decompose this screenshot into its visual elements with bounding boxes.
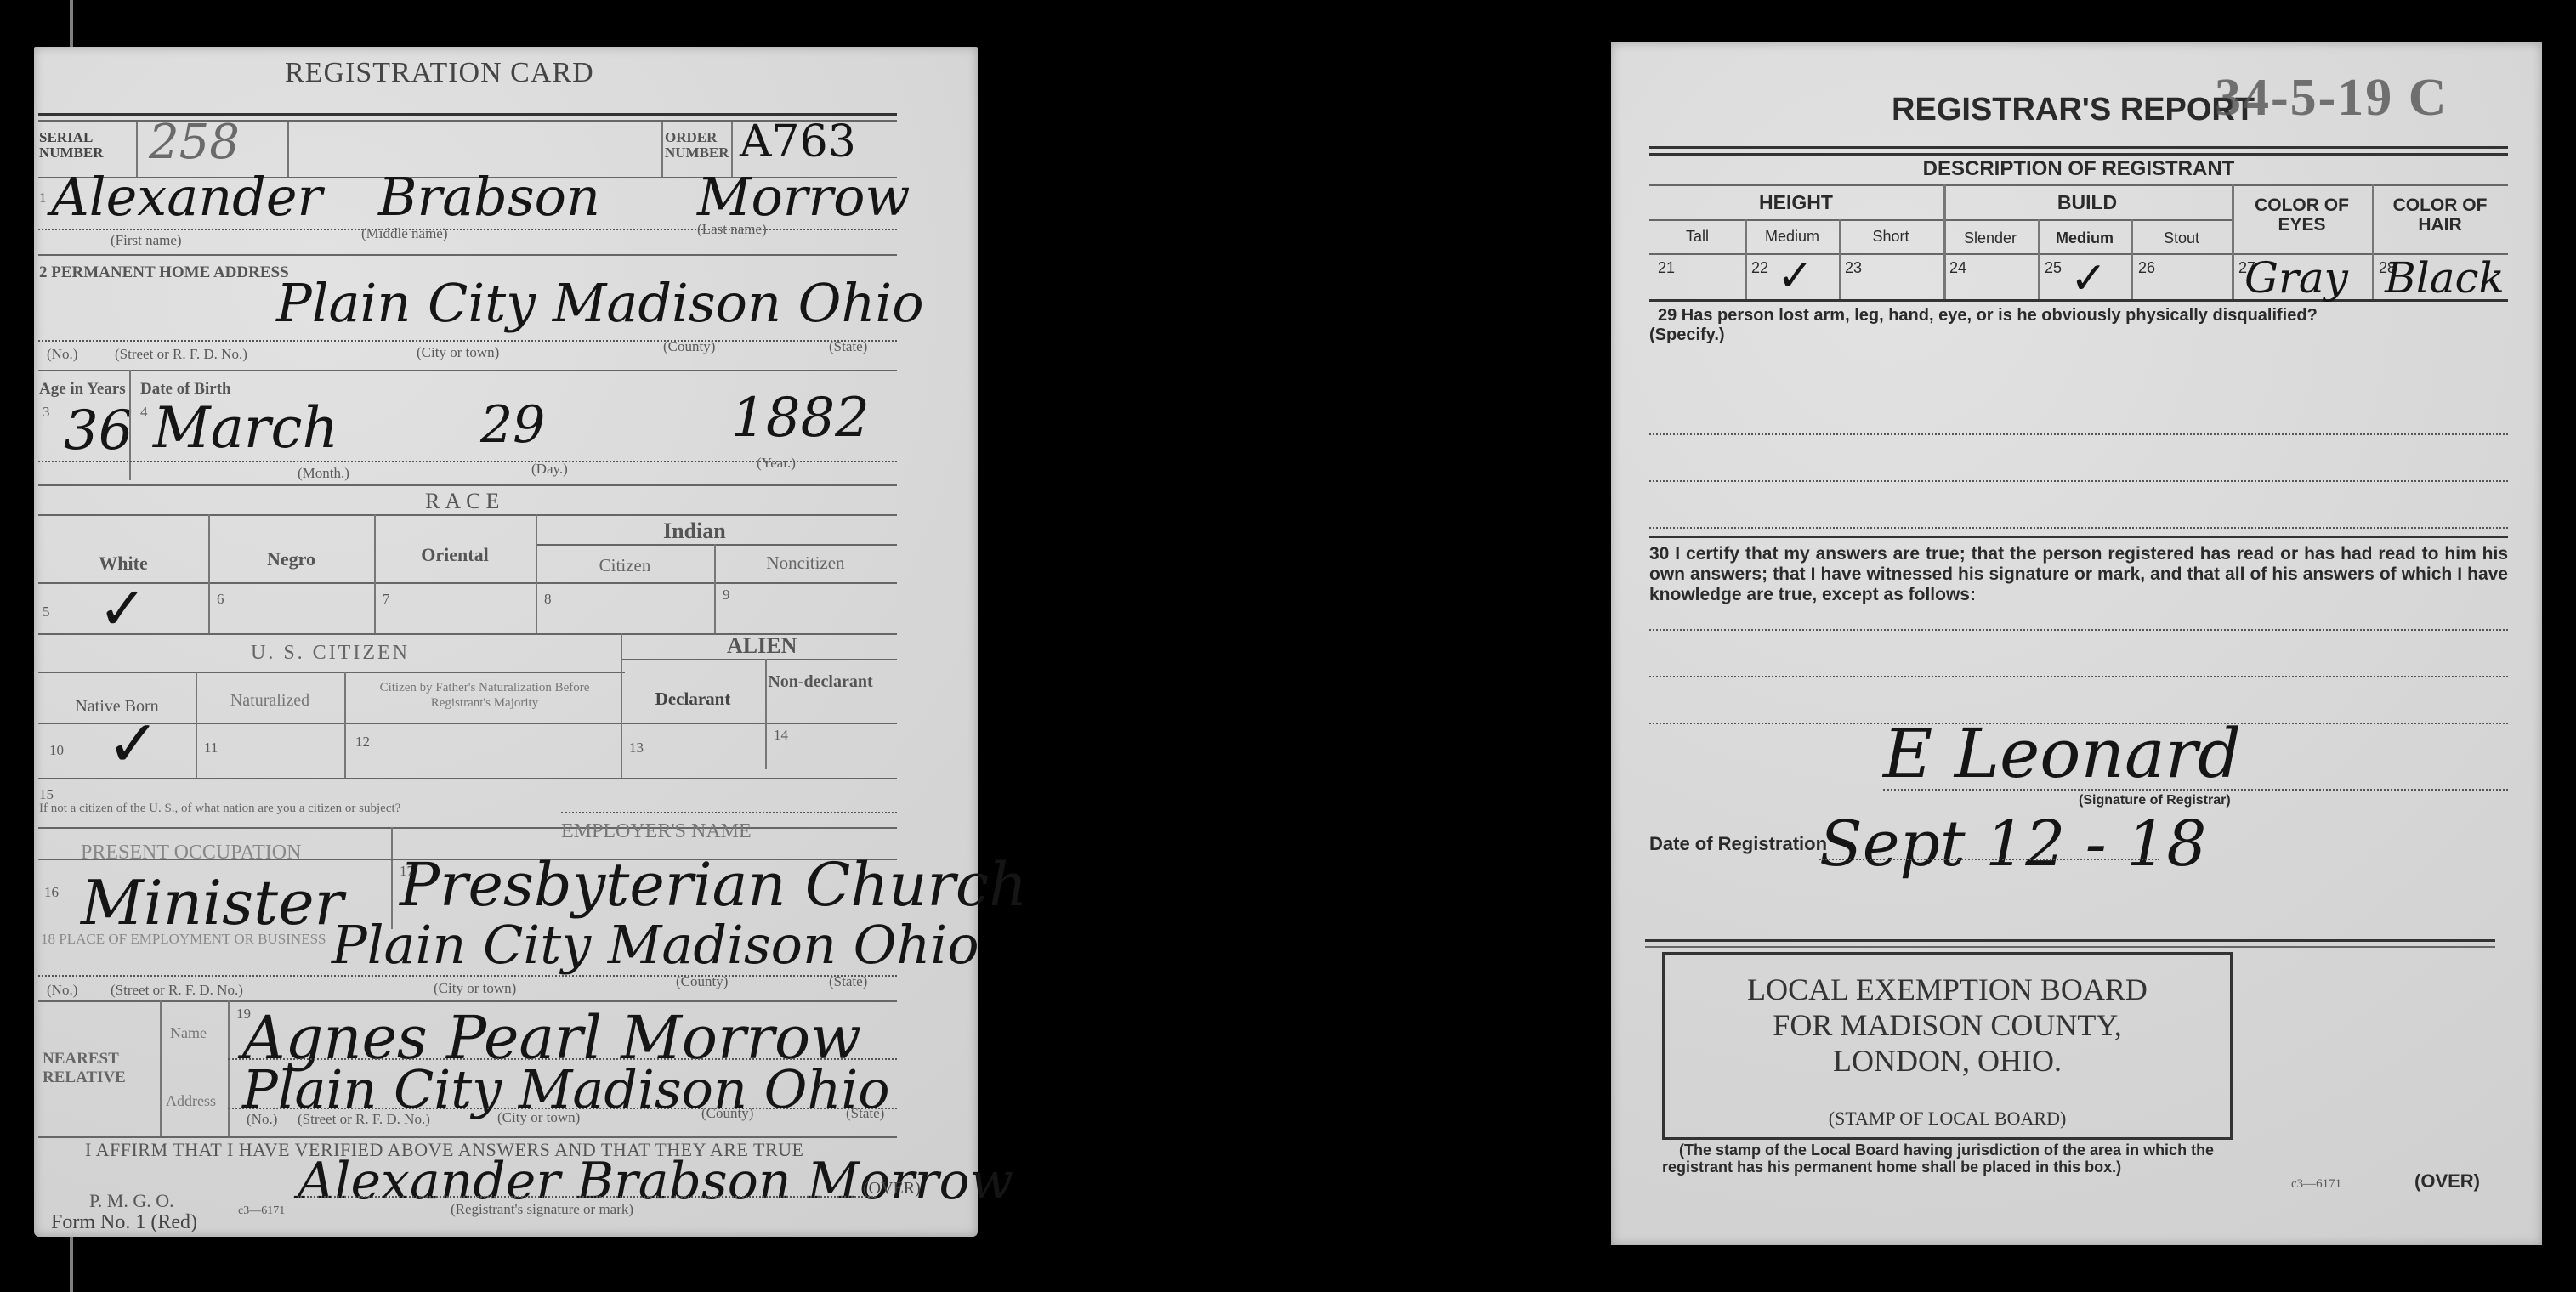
registrar-signature: E Leonard bbox=[1883, 714, 2241, 793]
date-of-registration-label: Date of Registration bbox=[1649, 833, 1827, 855]
address-city-label: (City or town) bbox=[417, 344, 499, 361]
address-no-label: (No.) bbox=[47, 346, 77, 363]
field-number: 9 bbox=[723, 586, 730, 603]
build-medium-label: Medium bbox=[2038, 229, 2131, 247]
description-title: DESCRIPTION OF REGISTRANT bbox=[1649, 157, 2508, 181]
relative-state-label: (State) bbox=[846, 1105, 884, 1122]
height-tall-label: Tall bbox=[1649, 228, 1745, 246]
eyes-color-value: Gray bbox=[2244, 253, 2348, 303]
field-number: 13 bbox=[629, 739, 644, 756]
q15-label: If not a citizen of the U. S., of what n… bbox=[39, 802, 400, 816]
indian-label: Indian bbox=[663, 518, 726, 544]
stamp-note: (The stamp of the Local Board having jur… bbox=[1662, 1142, 2257, 1176]
declarant-label: Declarant bbox=[621, 688, 765, 710]
build-stout-label: Stout bbox=[2131, 229, 2232, 247]
race-indian-citizen-label: Citizen bbox=[536, 555, 714, 576]
height-medium-label: Medium bbox=[1745, 228, 1839, 246]
registrar-signature-label: (Signature of Registrar) bbox=[2079, 793, 2231, 808]
relative-city-label: (City or town) bbox=[497, 1109, 580, 1126]
race-title: RACE bbox=[425, 489, 504, 514]
age-value: 36 bbox=[64, 399, 133, 462]
field-number: 26 bbox=[2138, 259, 2155, 277]
address-state-label: (State) bbox=[829, 338, 867, 355]
height-title: HEIGHT bbox=[1649, 191, 1943, 214]
registration-card-back: REGISTRAR'S REPORT 34-5-19 C DESCRIPTION… bbox=[1611, 42, 2542, 1245]
naturalized-label: Naturalized bbox=[196, 691, 344, 711]
race-negro-label: Negro bbox=[208, 548, 374, 570]
local-board-stamp-box: LOCAL EXEMPTION BOARD FOR MADISON COUNTY… bbox=[1662, 952, 2233, 1140]
registration-card-front: REGISTRATION CARD SERIAL NUMBER 258 ORDE… bbox=[34, 47, 978, 1237]
stamp-line-2: FOR MADISON COUNTY, bbox=[1665, 1007, 2230, 1043]
field-number: 22 bbox=[1751, 259, 1768, 277]
print-code: c3—6171 bbox=[2291, 1177, 2341, 1192]
order-number-value: A763 bbox=[740, 116, 856, 167]
employment-no-label: (No.) bbox=[47, 982, 77, 999]
middle-name-label: (Middle name) bbox=[361, 225, 448, 242]
height-medium-checkmark: ✓ bbox=[1777, 251, 1814, 302]
registrars-report-title: REGISTRAR'S REPORT bbox=[1892, 92, 2255, 128]
birth-day-value: 29 bbox=[480, 395, 545, 455]
field-number: 1 bbox=[39, 190, 47, 207]
employment-street-label: (Street or R. F. D. No.) bbox=[111, 982, 243, 999]
eyes-color-title: COLOR OF EYES bbox=[2232, 195, 2372, 235]
alien-title: ALIEN bbox=[727, 633, 797, 659]
field-number: 23 bbox=[1845, 259, 1862, 277]
race-white-checkmark: ✓ bbox=[98, 574, 148, 643]
field-number: 3 bbox=[43, 404, 50, 421]
relative-county-label: (County) bbox=[701, 1105, 753, 1122]
build-medium-checkmark: ✓ bbox=[2070, 253, 2108, 304]
birth-year-label: (Year.) bbox=[757, 455, 796, 472]
field-number: 11 bbox=[204, 739, 218, 756]
card-title: REGISTRATION CARD bbox=[285, 57, 594, 89]
build-title: BUILD bbox=[1943, 191, 2232, 214]
serial-number-label: SERIAL NUMBER bbox=[39, 130, 99, 161]
field-number: 12 bbox=[355, 734, 370, 751]
birth-day-label: (Day.) bbox=[531, 461, 568, 478]
middle-name-value: Brabson bbox=[378, 166, 600, 228]
place-of-employment-label: 18 PLACE OF EMPLOYMENT OR BUSINESS bbox=[41, 931, 326, 948]
q29-text: 29 Has person lost arm, leg, hand, eye, … bbox=[1658, 306, 2516, 326]
field-number: 7 bbox=[383, 591, 390, 608]
citizen-by-father-label: Citizen by Father's Naturalization Befor… bbox=[357, 680, 612, 711]
race-white-label: White bbox=[38, 552, 208, 575]
first-name-value: Alexander bbox=[51, 166, 322, 228]
field-number: 8 bbox=[544, 591, 552, 608]
native-born-checkmark: ✓ bbox=[106, 705, 161, 781]
occupation-label: PRESENT OCCUPATION bbox=[81, 841, 301, 864]
field-number: 14 bbox=[774, 727, 788, 744]
field-number: 21 bbox=[1658, 259, 1675, 277]
form-id-pmgo: P. M. G. O. bbox=[89, 1190, 174, 1212]
first-name-label: (First name) bbox=[111, 232, 182, 249]
field-number: 6 bbox=[217, 591, 224, 608]
stamp-caption: (STAMP OF LOCAL BOARD) bbox=[1665, 1108, 2230, 1130]
age-label: Age in Years bbox=[39, 380, 126, 399]
over-label: (OVER) bbox=[863, 1179, 921, 1198]
field-number: 5 bbox=[43, 603, 50, 620]
non-declarant-label: Non-declarant bbox=[765, 671, 876, 692]
address-county-label: (County) bbox=[663, 338, 715, 355]
signature-label: (Registrant's signature or mark) bbox=[451, 1201, 633, 1218]
home-address-value: Plain City Madison Ohio bbox=[276, 272, 924, 334]
relative-address-label: Address bbox=[166, 1092, 216, 1110]
birth-month-value: March bbox=[153, 395, 338, 461]
print-code: c3—6171 bbox=[238, 1204, 285, 1218]
stamp-line-3: LONDON, OHIO. bbox=[1665, 1043, 2230, 1079]
field-number: 25 bbox=[2045, 259, 2062, 277]
field-number: 15 bbox=[39, 786, 54, 803]
home-address-label: 2 PERMANENT HOME ADDRESS bbox=[39, 263, 289, 282]
birth-month-label: (Month.) bbox=[298, 465, 349, 482]
nearest-relative-label: NEAREST RELATIVE bbox=[43, 1050, 145, 1087]
date-of-registration-value: Sept 12 - 18 bbox=[1819, 807, 2207, 881]
employment-city-label: (City or town) bbox=[434, 980, 516, 997]
stamp-line-1: LOCAL EXEMPTION BOARD bbox=[1665, 972, 2230, 1007]
serial-number-value: 258 bbox=[149, 115, 240, 170]
last-name-label: (Last name) bbox=[697, 221, 767, 238]
hair-color-value: Black bbox=[2385, 253, 2505, 303]
employer-value: Presbyterian Church bbox=[400, 850, 1027, 920]
field-number: 4 bbox=[140, 404, 148, 421]
build-slender-label: Slender bbox=[1943, 229, 2038, 247]
q30-text: 30 I certify that my answers are true; t… bbox=[1649, 544, 2508, 605]
field-number: 16 bbox=[44, 884, 59, 901]
race-oriental-label: Oriental bbox=[374, 544, 536, 566]
employment-state-label: (State) bbox=[829, 973, 867, 990]
relative-street-label: (Street or R. F. D. No.) bbox=[298, 1111, 430, 1128]
height-short-label: Short bbox=[1839, 228, 1943, 246]
address-street-label: (Street or R. F. D. No.) bbox=[115, 346, 247, 363]
relative-no-label: (No.) bbox=[247, 1111, 277, 1128]
q29-specify: (Specify.) bbox=[1649, 326, 1725, 345]
hair-color-title: COLOR OF HAIR bbox=[2372, 195, 2508, 235]
place-of-employment-value: Plain City Madison Ohio bbox=[332, 914, 979, 976]
employment-county-label: (County) bbox=[676, 973, 728, 990]
stamped-number: 34-5-19 C bbox=[2215, 68, 2448, 128]
order-number-label: ORDER NUMBER bbox=[665, 130, 729, 161]
form-id-number: Form No. 1 (Red) bbox=[51, 1211, 197, 1234]
relative-name-label: Name bbox=[170, 1024, 207, 1042]
employer-label: EMPLOYER'S NAME bbox=[561, 820, 752, 843]
birth-year-value: 1882 bbox=[731, 387, 870, 450]
field-number: 24 bbox=[1949, 259, 1966, 277]
occupation-value: Minister bbox=[81, 867, 343, 938]
us-citizen-title: U. S. CITIZEN bbox=[251, 642, 410, 665]
over-label: (OVER) bbox=[2414, 1170, 2480, 1193]
race-indian-noncitizen-label: Noncitizen bbox=[714, 552, 897, 574]
field-number: 10 bbox=[49, 742, 64, 759]
last-name-value: Morrow bbox=[697, 166, 910, 228]
